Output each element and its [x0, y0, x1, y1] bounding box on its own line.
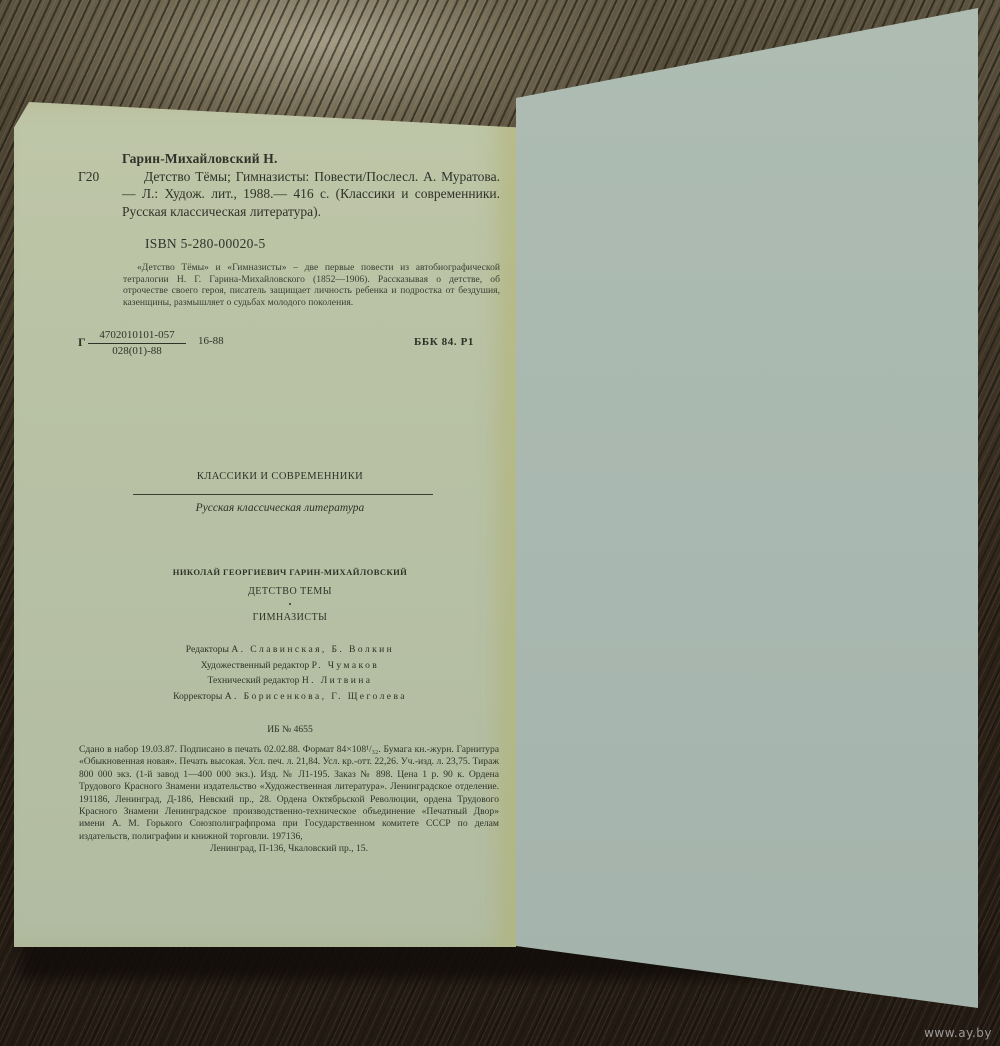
series-divider — [133, 494, 433, 495]
isbn: ISBN 5-280-00020-5 — [145, 236, 266, 252]
credits-list: Редакторы А. Славинская, Б. Волкин Худож… — [130, 642, 450, 704]
colophon: Сдано в набор 19.03.87. Подписано в печа… — [79, 744, 499, 856]
credit-names: А. Славинская, Б. Волкин — [231, 644, 394, 655]
title-separator: • — [140, 600, 440, 609]
bbk-code: ББК 84. Р1 — [414, 336, 474, 348]
credit-line: Художественный редактор Р. Чумаков — [130, 658, 450, 674]
credit-line: Технический редактор Н. Литвина — [130, 673, 450, 689]
catalog-author: Гарин-Михайловский Н. — [122, 151, 278, 167]
catalog-code: Г20 — [78, 169, 99, 185]
colophon-body: Сдано в набор 19.03.87. Подписано в печа… — [79, 744, 499, 842]
index-numerator: 4702010101-057 — [88, 328, 186, 344]
credit-names: А. Борисенкова, Г. Щеголева — [225, 691, 407, 702]
credit-line: Редакторы А. Славинская, Б. Волкин — [130, 642, 450, 658]
credit-line: Корректоры А. Борисенкова, Г. Щеголева — [130, 689, 450, 705]
annotation-paragraph: «Детство Тёмы» и «Гимназисты» – две перв… — [123, 262, 500, 308]
book-title-2: ГИМНАЗИСТЫ — [140, 612, 440, 623]
watermark: www.ay.by — [924, 1026, 992, 1040]
catalog-description: Детство Тёмы; Гимназисты: Повести/Послес… — [122, 168, 500, 220]
credit-role: Корректоры — [173, 691, 222, 702]
book-title-1: ДЕТСТВО ТЕМЫ — [140, 586, 440, 597]
series-subtitle: Русская классическая литература — [130, 502, 430, 514]
credit-role: Технический редактор — [208, 675, 300, 686]
series-title: КЛАССИКИ И СОВРЕМЕННИКИ — [130, 471, 430, 482]
index-fraction: 4702010101-057 028(01)-88 — [88, 328, 186, 359]
credit-role: Редакторы — [186, 644, 229, 655]
credit-role: Художественный редактор — [201, 660, 309, 671]
colophon-last-line: Ленинград, П-136, Чкаловский пр., 15. — [79, 843, 499, 855]
credit-names: Н. Литвина — [302, 675, 373, 686]
index-denominator: 028(01)-88 — [112, 345, 162, 357]
index-suffix: 16-88 — [198, 335, 224, 347]
right-blank-page — [516, 8, 978, 1008]
ie-number: ИБ № 4655 — [130, 724, 450, 735]
index-prefix: Г — [78, 335, 86, 350]
book-full-author: НИКОЛАЙ ГЕОРГИЕВИЧ ГАРИН-МИХАЙЛОВСКИЙ — [140, 567, 440, 577]
credit-names: Р. Чумаков — [312, 660, 380, 671]
